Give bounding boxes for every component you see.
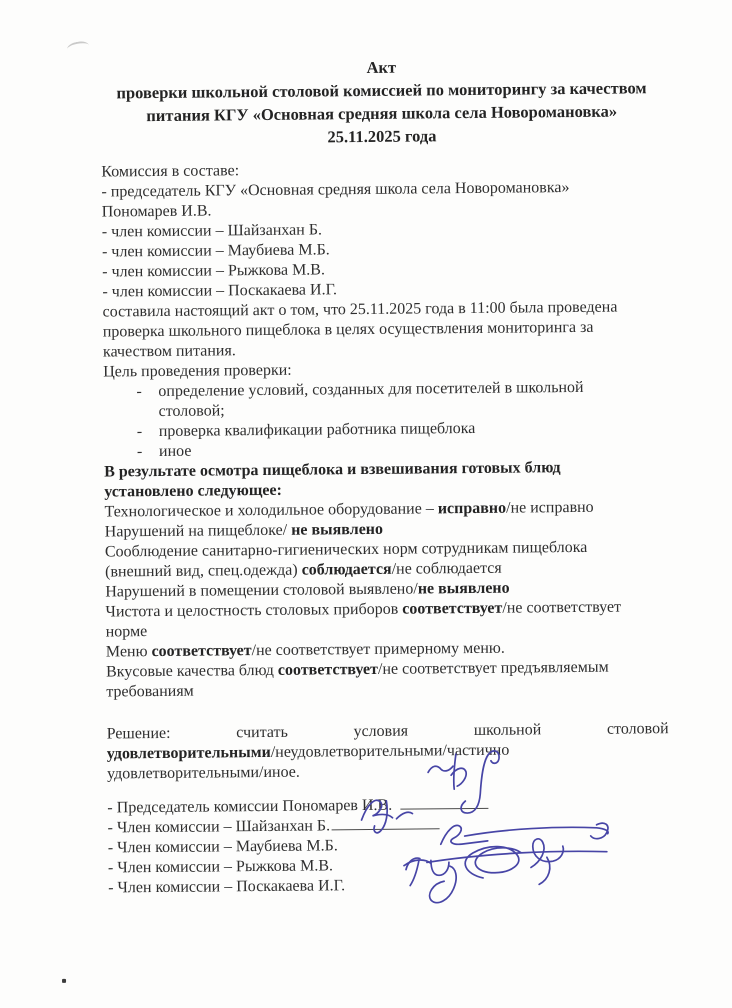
signature-underline — [332, 815, 440, 830]
signature-label: - Член комиссии – Маубиева М.Б. — [108, 837, 338, 856]
document-body: Акт проверки школьной столовой комиссией… — [100, 53, 670, 898]
list-dash-marker: - — [136, 382, 158, 402]
signature-row-member: - Член комиссии – Поскакаева И.Г. — [108, 873, 670, 898]
signature-label: - Член комиссии – Поскакаева И.Г. — [108, 877, 345, 896]
signature-label: - Член комиссии – Рыжкова М.В. — [108, 857, 333, 876]
document-title: Акт проверки школьной столовой комиссией… — [100, 53, 663, 150]
list-item-text: проверка квалификации работника пищеблок… — [159, 419, 476, 442]
list-item-text: иное — [159, 442, 192, 462]
scan-artifact-pen-mark — [66, 40, 90, 55]
signature-label: - Председатель комиссии Пономарев И.В. — [107, 797, 392, 817]
signature-label: - Член комиссии – Шайзанхан Б. — [108, 817, 331, 836]
list-dash-marker: - — [137, 442, 159, 462]
signature-underline — [400, 795, 488, 810]
scanned-document-page: Акт проверки школьной столовой комиссией… — [0, 0, 732, 1008]
list-dash-marker: - — [137, 422, 159, 442]
scan-artifact-speck — [62, 979, 66, 983]
list-item-text: определение условий, созданных для посет… — [158, 378, 583, 402]
